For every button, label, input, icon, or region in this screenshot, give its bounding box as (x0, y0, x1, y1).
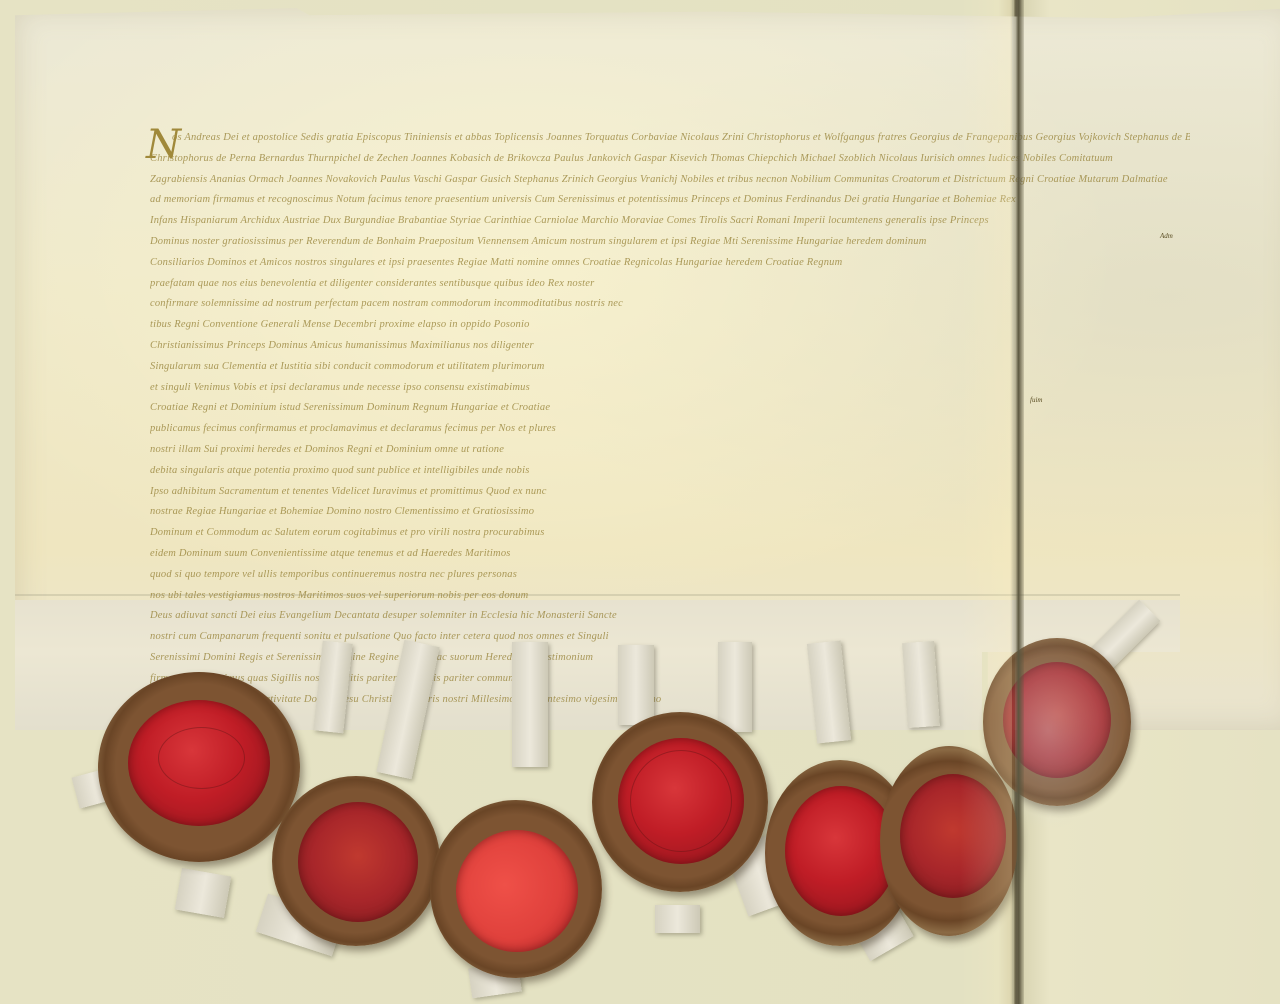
seal-strap (618, 645, 654, 725)
text-line: Singularum sua Clementia et Iustitia sib… (150, 357, 1190, 378)
tag-curl (175, 868, 232, 918)
text-line: publicamus fecimus confirmamus et procla… (150, 419, 1190, 440)
seal-wax-impression (456, 830, 578, 952)
text-line: Zagrabiensis Ananias Ormach Joannes Nova… (150, 170, 1190, 191)
text-line: quod si quo tempore vel ullis temporibus… (150, 565, 1190, 586)
text-line: Infans Hispaniarum Archidux Austriae Dux… (150, 211, 1190, 232)
text-line: nostrae Regiae Hungariae et Bohemiae Dom… (150, 502, 1190, 523)
text-line: praefatam quae nos eius benevolentia et … (150, 274, 1190, 295)
book-gutter (1010, 0, 1024, 1004)
seal-strap (718, 642, 752, 732)
tag-curl (655, 905, 700, 933)
decorated-initial: N (146, 122, 181, 168)
charter-text: N os Andreas Dei et apostolice Sedis gra… (150, 128, 1190, 710)
wax-seal-4 (592, 712, 768, 892)
text-line: nos ubi tales vestigiamus nostros Mariti… (150, 586, 1190, 607)
wax-seal-1 (98, 672, 300, 862)
text-line: debita singularis atque potentia proximo… (150, 461, 1190, 482)
text-line: Christophorus de Perna Bernardus Thurnpi… (150, 149, 1190, 170)
text-line: Consiliarios Dominos et Amicos nostros s… (150, 253, 1190, 274)
text-line: et singuli Venimus Vobis et ipsi declara… (150, 378, 1190, 399)
seal-strap (902, 641, 940, 728)
wax-seal-2 (272, 776, 440, 946)
text-line: eidem Dominum suum Convenientissime atqu… (150, 544, 1190, 565)
text-line: Dominum et Commodum ac Salutem eorum cog… (150, 523, 1190, 544)
text-line: Christianissimus Princeps Dominus Amicus… (150, 336, 1190, 357)
text-line: Deus adiuvat sancti Dei eius Evangelium … (150, 606, 1190, 627)
book-gutter-shade (960, 0, 1012, 1004)
seal-strap (512, 642, 548, 767)
text-line: Dominus noster gratiosissimus per Revere… (150, 232, 1190, 253)
text-line: tibus Regni Conventione Generali Mense D… (150, 315, 1190, 336)
seal-wax-impression (298, 802, 418, 922)
text-line: Ipso adhibitum Sacramentum et tenentes V… (150, 482, 1190, 503)
text-line: Croatiae Regni et Dominium istud Serenis… (150, 398, 1190, 419)
text-line: confirmare solemnissime ad nostrum perfe… (150, 294, 1190, 315)
text-line: nostri illam Sui proximi heredes et Domi… (150, 440, 1190, 461)
wax-seal-3 (430, 800, 602, 978)
photo-glare (1015, 630, 1125, 830)
seal-emblem (630, 750, 732, 852)
text-line: os Andreas Dei et apostolice Sedis grati… (150, 128, 1190, 149)
seal-emblem (158, 727, 245, 789)
text-line: ad memoriam firmamus et recognoscimus No… (150, 190, 1190, 211)
